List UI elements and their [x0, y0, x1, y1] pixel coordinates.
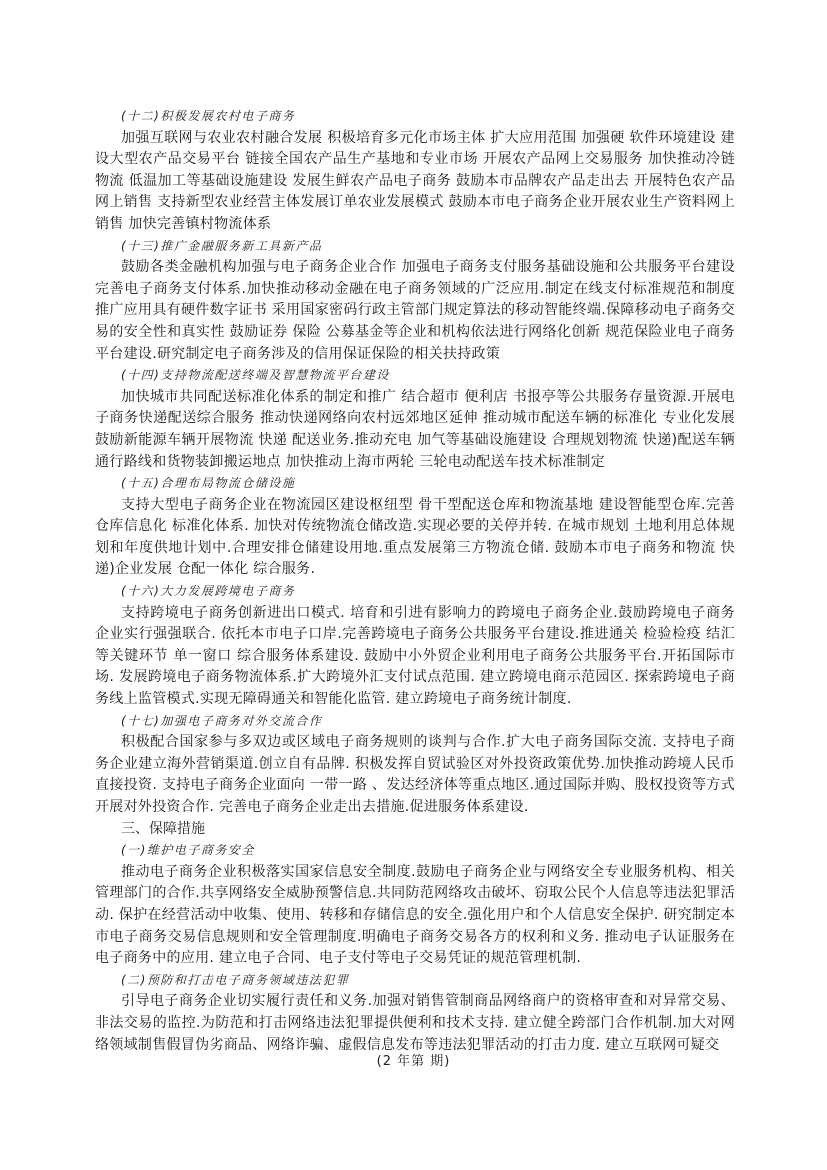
paragraph-international-cooperation: 积极配合国家参与多双边或区域电子商务规则的谈判与合作.扩大电子商务国际交流. 支… — [95, 732, 735, 818]
paragraph-ecommerce-security: 推动电子商务企业积极落实国家信息安全制度.鼓励电子商务企业与网络安全专业服务机构… — [95, 862, 735, 970]
paragraph-finance-services: 鼓励各类金融机构加强与电子商务企业合作 加强电子商务支付服务基础设施和公共服务平… — [95, 257, 735, 365]
heading-15: (十五)合理布局物流仓储设施 — [95, 473, 735, 495]
heading-safeguard-1: (一)维护电子商务安全 — [95, 840, 735, 862]
heading-safeguard-2: (二)预防和打击电子商务领域违法犯罪 — [95, 970, 735, 992]
heading-14: (十四)支持物流配送终端及智慧物流平台建设 — [95, 365, 735, 387]
heading-17: (十七)加强电子商务对外交流合作 — [95, 711, 735, 733]
page-footer: (2 年第 期) — [0, 1052, 827, 1072]
paragraph-rural-ecommerce: 加强互联网与农业农村融合发展 积极培育多元化市场主体 扩大应用范围 加强硬 软件… — [95, 128, 735, 236]
heading-16: (十六)大力发展跨境电子商务 — [95, 581, 735, 603]
paragraph-crime-prevention: 引导电子商务企业切实履行责任和义务.加强对销售管制商品网络商户的资格审查和对异常… — [95, 991, 735, 1056]
section-title-safeguards: 三、保障措施 — [95, 819, 735, 841]
heading-13: (十三)推广金融服务新工具新产品 — [95, 236, 735, 258]
paragraph-logistics-terminals: 加快城市共同配送标准化体系的制定和推广 结合超市 便利店 书报亭等公共服务存量资… — [95, 387, 735, 473]
heading-12: (十二)积极发展农村电子商务 — [95, 106, 735, 128]
paragraph-warehousing: 支持大型电子商务企业在物流园区建设枢纽型 骨干型配送仓库和物流基地 建设智能型仓… — [95, 495, 735, 581]
document-body: (十二)积极发展农村电子商务 加强互联网与农业农村融合发展 积极培育多元化市场主… — [95, 106, 735, 1056]
paragraph-cross-border: 支持跨境电子商务创新进出口模式. 培育和引进有影响力的跨境电子商务企业.鼓励跨境… — [95, 603, 735, 711]
